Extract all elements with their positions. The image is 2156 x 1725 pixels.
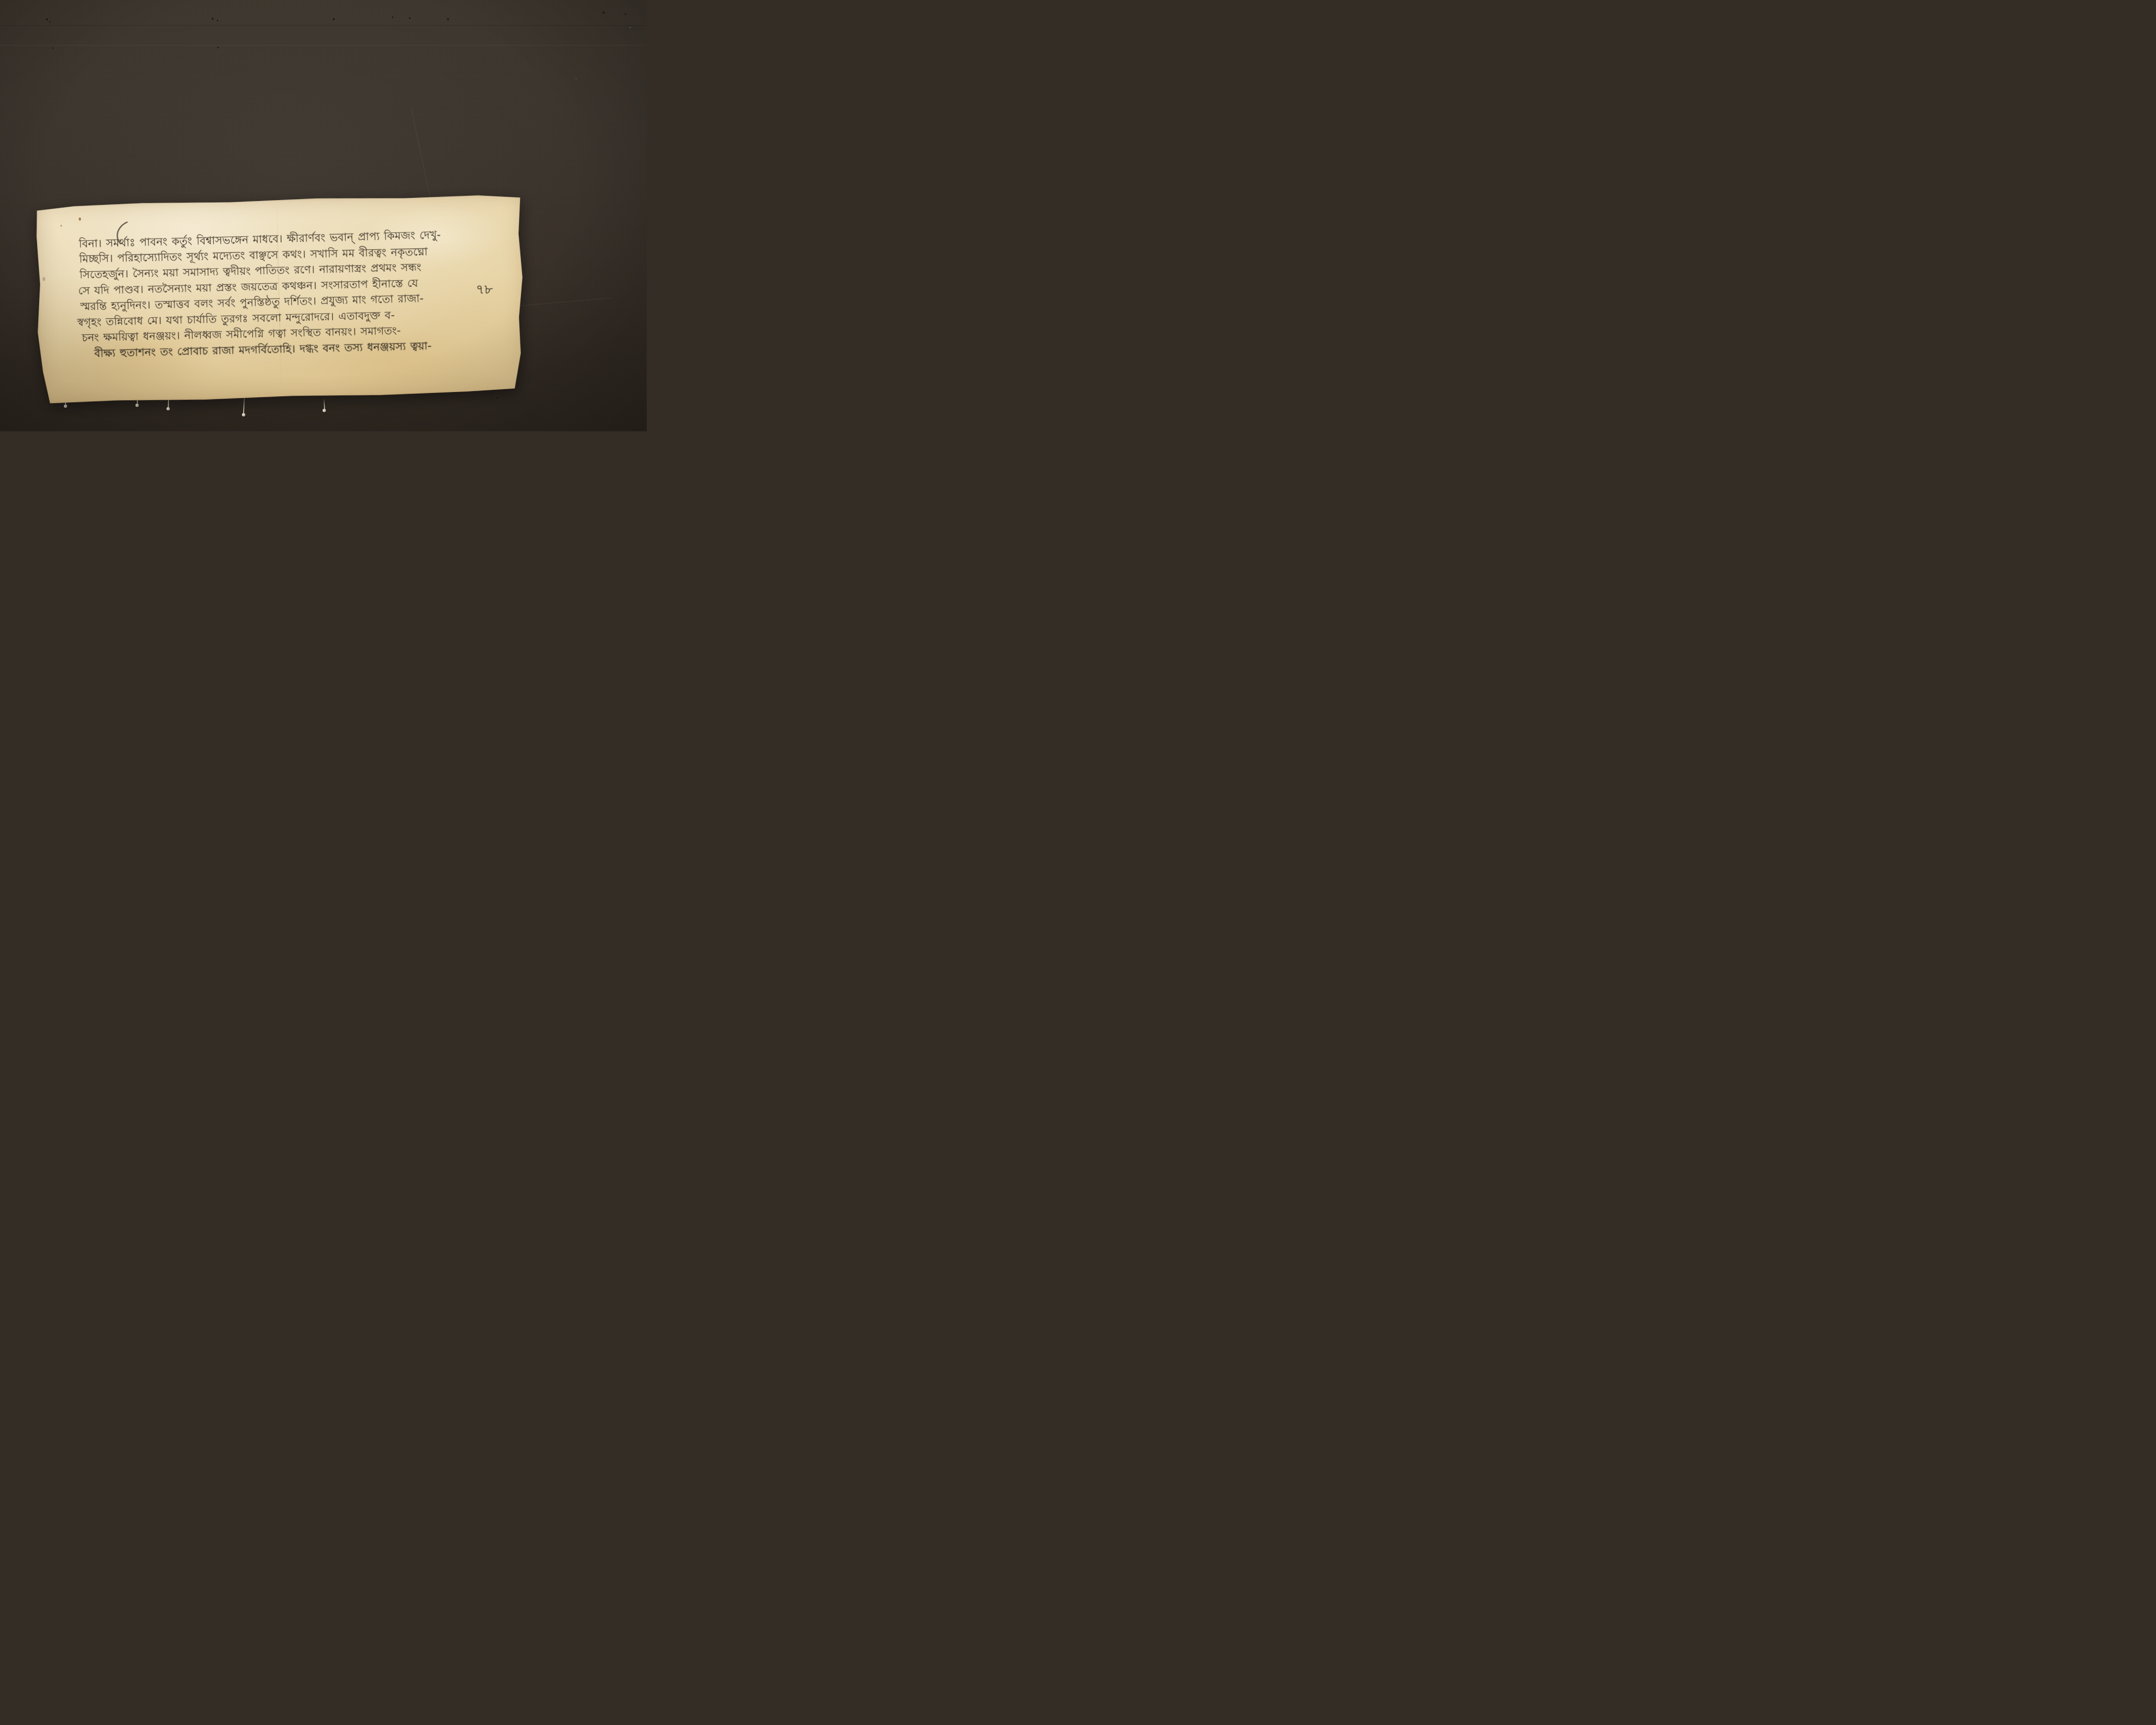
manuscript-page: বিনা। সমর্থাঃ পাবনং কর্তুং বিশ্বাসভঙ্গেন… <box>35 194 526 404</box>
photo-backdrop: বিনা। সমর্থাঃ পাবনং কর্তুং বিশ্বাসভঙ্গেন… <box>0 0 647 431</box>
backdrop-seam <box>0 45 647 46</box>
pinhole-speck <box>491 399 492 400</box>
pinhole-speck <box>496 397 498 399</box>
pinhole-speck <box>212 18 213 20</box>
dust-speck <box>576 78 577 79</box>
dust-speck <box>630 27 631 28</box>
ink-fleck <box>60 225 62 226</box>
pinhole-speck <box>46 18 48 20</box>
pinhole-speck <box>52 47 53 49</box>
pinhole-speck <box>49 21 50 22</box>
ink-fleck <box>79 217 81 220</box>
pinhole-speck <box>333 18 335 20</box>
paper-sheet: বিনা। সমর্থাঃ পাবনং কর্তুং বিশ্বাসভঙ্গেন… <box>35 194 526 404</box>
manuscript-text: বিনা। সমর্থাঃ পাবনং কর্তুং বিশ্বাসভঙ্গেন… <box>79 226 491 361</box>
pinhole-speck <box>447 18 449 20</box>
pinhole-speck <box>392 16 393 18</box>
pinhole-speck <box>409 17 411 19</box>
pinhole-speck <box>625 13 626 15</box>
pinhole-speck <box>217 47 219 48</box>
backdrop-seam <box>0 25 647 26</box>
folio-number: ৭৮ <box>476 279 493 301</box>
smudge-mark <box>43 277 45 281</box>
pinhole-speck <box>217 20 218 22</box>
pinhole-speck <box>603 12 605 14</box>
